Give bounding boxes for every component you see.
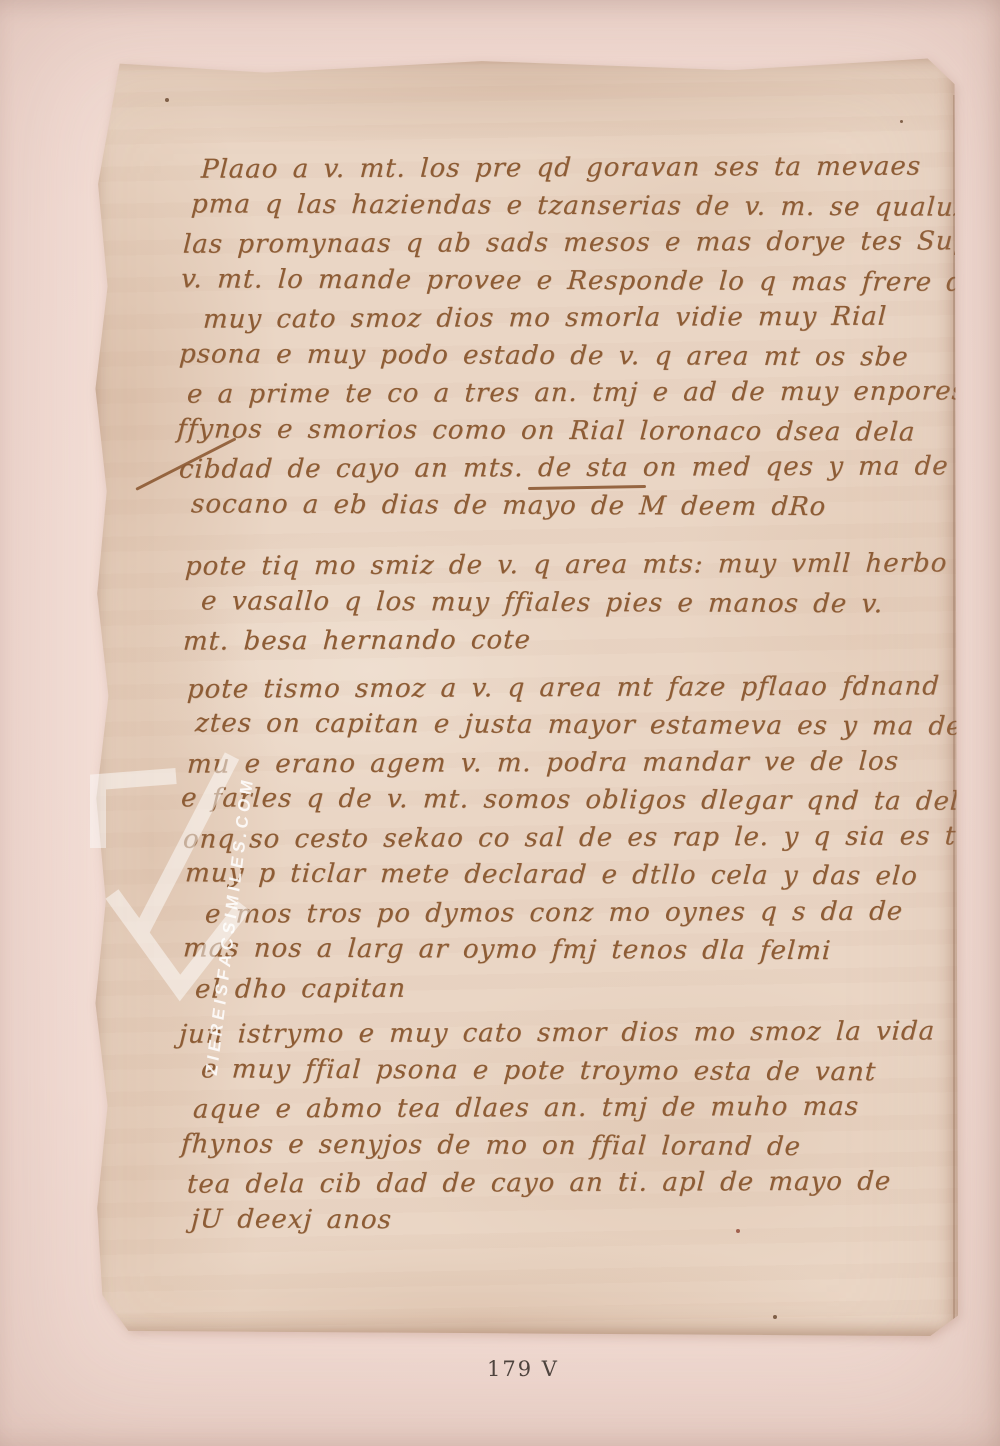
paper-texture: Plaao a v. mt. los pre qd goravan ses ta…: [92, 56, 958, 1336]
manuscript-line: socano a eb dias de mayo de M deem dRo: [190, 486, 956, 527]
manuscript-line: tea dela cib dad de cayo an ti. apl de m…: [186, 1163, 956, 1204]
manuscript-line: e a prime te co a tres an. tmj e ad de m…: [186, 373, 956, 414]
manuscript-line: jU deexj anos: [190, 1201, 956, 1242]
manuscript-line: el dho capitan: [194, 968, 956, 1009]
manuscript-line: cibdad de cayo an mts. de sta on med qes…: [178, 448, 956, 489]
manuscript-line: muy p ticlar mete declarad e dtllo cela …: [184, 855, 956, 896]
manuscript-line: e farles q de v. mt. somos obligos dlega…: [180, 780, 956, 821]
manuscript-line: onq so cesto sekao co sal de es rap le. …: [182, 818, 956, 859]
manuscript-line: aque e abmo tea dlaes an. tmj de muho ma…: [192, 1088, 956, 1129]
paragraph-block: pote tismo smoz a v. q area mt faze pfla…: [183, 670, 955, 1008]
manuscript-line: mas nos a larg ar oymo fmj tenos dla fel…: [182, 930, 956, 971]
manuscript-line: e mos tros po dymos conz mo oynes q s da…: [204, 893, 956, 934]
manuscript-line: e vasallo q los muy ffiales pies e manos…: [200, 583, 956, 624]
folio-number: 179 V: [487, 1356, 559, 1382]
manuscript-line: ffynos e smorios como on Rial loronaco d…: [176, 411, 956, 452]
ink-speck: [900, 120, 903, 123]
page-crease-line: [953, 95, 955, 1330]
manuscript-line: Plaao a v. mt. los pre qd goravan ses ta…: [200, 148, 956, 189]
paragraph-block: jun istrymo e muy cato smor dios mo smoz…: [183, 1015, 955, 1240]
ink-speck: [736, 1229, 740, 1233]
manuscript-line: las promynaas q ab sads mesos e mas dory…: [182, 223, 956, 264]
manuscript-leaf: Plaao a v. mt. los pre qd goravan ses ta…: [92, 56, 958, 1336]
manuscript-text: Plaao a v. mt. los pre qd goravan ses ta…: [183, 150, 955, 1240]
manuscript-line: psona e muy podo estado de v. q area mt …: [178, 336, 956, 377]
manuscript-line: fhynos e senyjos de mo on ffial lorand d…: [180, 1126, 956, 1167]
paragraph-block: pote tiq mo smiz de v. q area mts: muy v…: [183, 547, 955, 660]
manuscript-line: v. mt. lo mande provee e Responde lo q m…: [180, 261, 956, 302]
manuscript-line: jun istrymo e muy cato smor dios mo smoz…: [178, 1013, 956, 1054]
paragraph-block: Plaao a v. mt. los pre qd goravan ses ta…: [183, 150, 955, 525]
ink-speck: [773, 1315, 777, 1319]
manuscript-line: mt. besa hernando cote: [182, 620, 956, 661]
manuscript-line: mu e erano agem v. m. podra mandar ve de…: [186, 743, 956, 784]
manuscript-line: ztes on capitan e justa mayor estameva e…: [194, 705, 956, 746]
manuscript-line: e muy ffial psona e pote troymo esta de …: [200, 1051, 956, 1092]
manuscript-line: pote tismo smoz a v. q area mt faze pfla…: [186, 668, 956, 709]
manuscript-line: muy cato smoz dios mo smorla vidie muy R…: [202, 298, 956, 339]
ink-speck: [165, 98, 169, 102]
facsimile-page: Plaao a v. mt. los pre qd goravan ses ta…: [0, 0, 1000, 1446]
manuscript-line: pma q las haziendas e tzanserias de v. m…: [190, 186, 956, 227]
manuscript-line: pote tiq mo smiz de v. q area mts: muy v…: [184, 545, 956, 586]
